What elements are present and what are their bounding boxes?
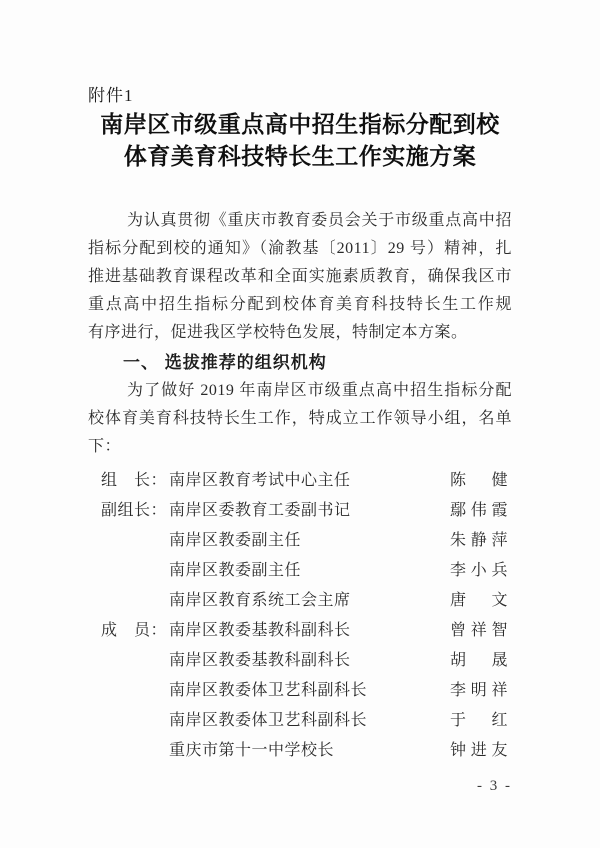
document-page: 附件1 南岸区市级重点高中招生指标分配到校 体育美育科技特长生工作实施方案 为认… [0,0,600,848]
roster-post: 南岸区教委体卫艺科副科长 [169,676,450,706]
roster-person-name: 钟进友 [450,736,508,766]
roster-person-name: 胡 晟 [450,646,508,676]
document-content: 附件1 南岸区市级重点高中招生指标分配到校 体育美育科技特长生工作实施方案 为认… [88,85,512,766]
roster-row: 重庆市第十一中学校长钟进友 [101,736,512,766]
text-line: 指标分配到校的通知》（渝教基〔2011〕29 号）精神，扎实 [88,235,512,263]
roster-role-label: 成 员： [101,616,169,646]
roster-row: 副组长：南岸区委教育工委副书记鄢伟霞 [101,496,512,526]
roster-row: 南岸区教委副主任李小兵 [101,556,512,586]
roster-role-label: 副组长： [101,496,169,526]
text-line: 校体育美育科技特长生工作，特成立工作领导小组，名单如 [88,405,512,433]
text-line: 重点高中招生指标分配到校体育美育科技特长生工作规范、 [88,291,512,319]
document-title-line-2: 体育美育科技特长生工作实施方案 [88,141,512,173]
roster-person-name: 陈 健 [450,466,508,496]
roster-person-name: 李小兵 [450,556,508,586]
roster-post: 南岸区教委基教科副科长 [169,616,450,646]
roster-person-name: 于 红 [450,706,508,736]
document-title: 南岸区市级重点高中招生指标分配到校 体育美育科技特长生工作实施方案 [88,109,512,173]
roster-post: 南岸区委教育工委副书记 [169,496,450,526]
roster-role-label: 组 长： [101,466,169,496]
roster-person-name: 鄢伟霞 [450,496,508,526]
roster-post: 南岸区教育系统工会主席 [169,586,450,616]
roster-post: 南岸区教委基教科副科长 [169,646,450,676]
intro-paragraph: 为认真贯彻《重庆市教育委员会关于市级重点高中招生指标分配到校的通知》（渝教基〔2… [88,207,512,347]
text-line: 下： [88,433,512,461]
roster-post: 南岸区教委副主任 [169,556,450,586]
roster-row: 成 员：南岸区教委基教科副科长曾祥智 [101,616,512,646]
text-line: 为认真贯彻《重庆市教育委员会关于市级重点高中招生 [88,207,512,235]
page-number: - 3 - [477,778,512,795]
roster-row: 南岸区教育系统工会主席唐 文 [101,586,512,616]
roster-person-name: 唐 文 [450,586,508,616]
leading-group-paragraph: 为了做好 2019 年南岸区市级重点高中招生指标分配到校体育美育科技特长生工作，… [88,377,512,461]
text-line: 推进基础教育课程改革和全面实施素质教育，确保我区市级 [88,263,512,291]
roster-post: 南岸区教委体卫艺科副科长 [169,706,450,736]
section-one-heading: 一、 选拔推荐的组织机构 [88,349,512,377]
roster-row: 南岸区教委体卫艺科副科长李明祥 [101,676,512,706]
roster-post: 南岸区教委副主任 [169,526,450,556]
roster-row: 南岸区教委副主任朱静萍 [101,526,512,556]
text-line: 为了做好 2019 年南岸区市级重点高中招生指标分配到 [88,377,512,405]
text-line: 有序进行，促进我区学校特色发展，特制定本方案。 [88,319,512,347]
roster-person-name: 朱静萍 [450,526,508,556]
roster-person-name: 曾祥智 [450,616,508,646]
document-title-line-1: 南岸区市级重点高中招生指标分配到校 [88,109,512,141]
attachment-label: 附件1 [88,85,512,107]
roster-row: 组 长：南岸区教育考试中心主任陈 健 [101,466,512,496]
leading-group-roster: 组 长：南岸区教育考试中心主任陈 健副组长：南岸区委教育工委副书记鄢伟霞南岸区教… [88,466,512,766]
roster-post: 重庆市第十一中学校长 [169,736,450,766]
roster-post: 南岸区教育考试中心主任 [169,466,450,496]
roster-person-name: 李明祥 [450,676,508,706]
roster-row: 南岸区教委体卫艺科副科长于 红 [101,706,512,736]
roster-row: 南岸区教委基教科副科长胡 晟 [101,646,512,676]
